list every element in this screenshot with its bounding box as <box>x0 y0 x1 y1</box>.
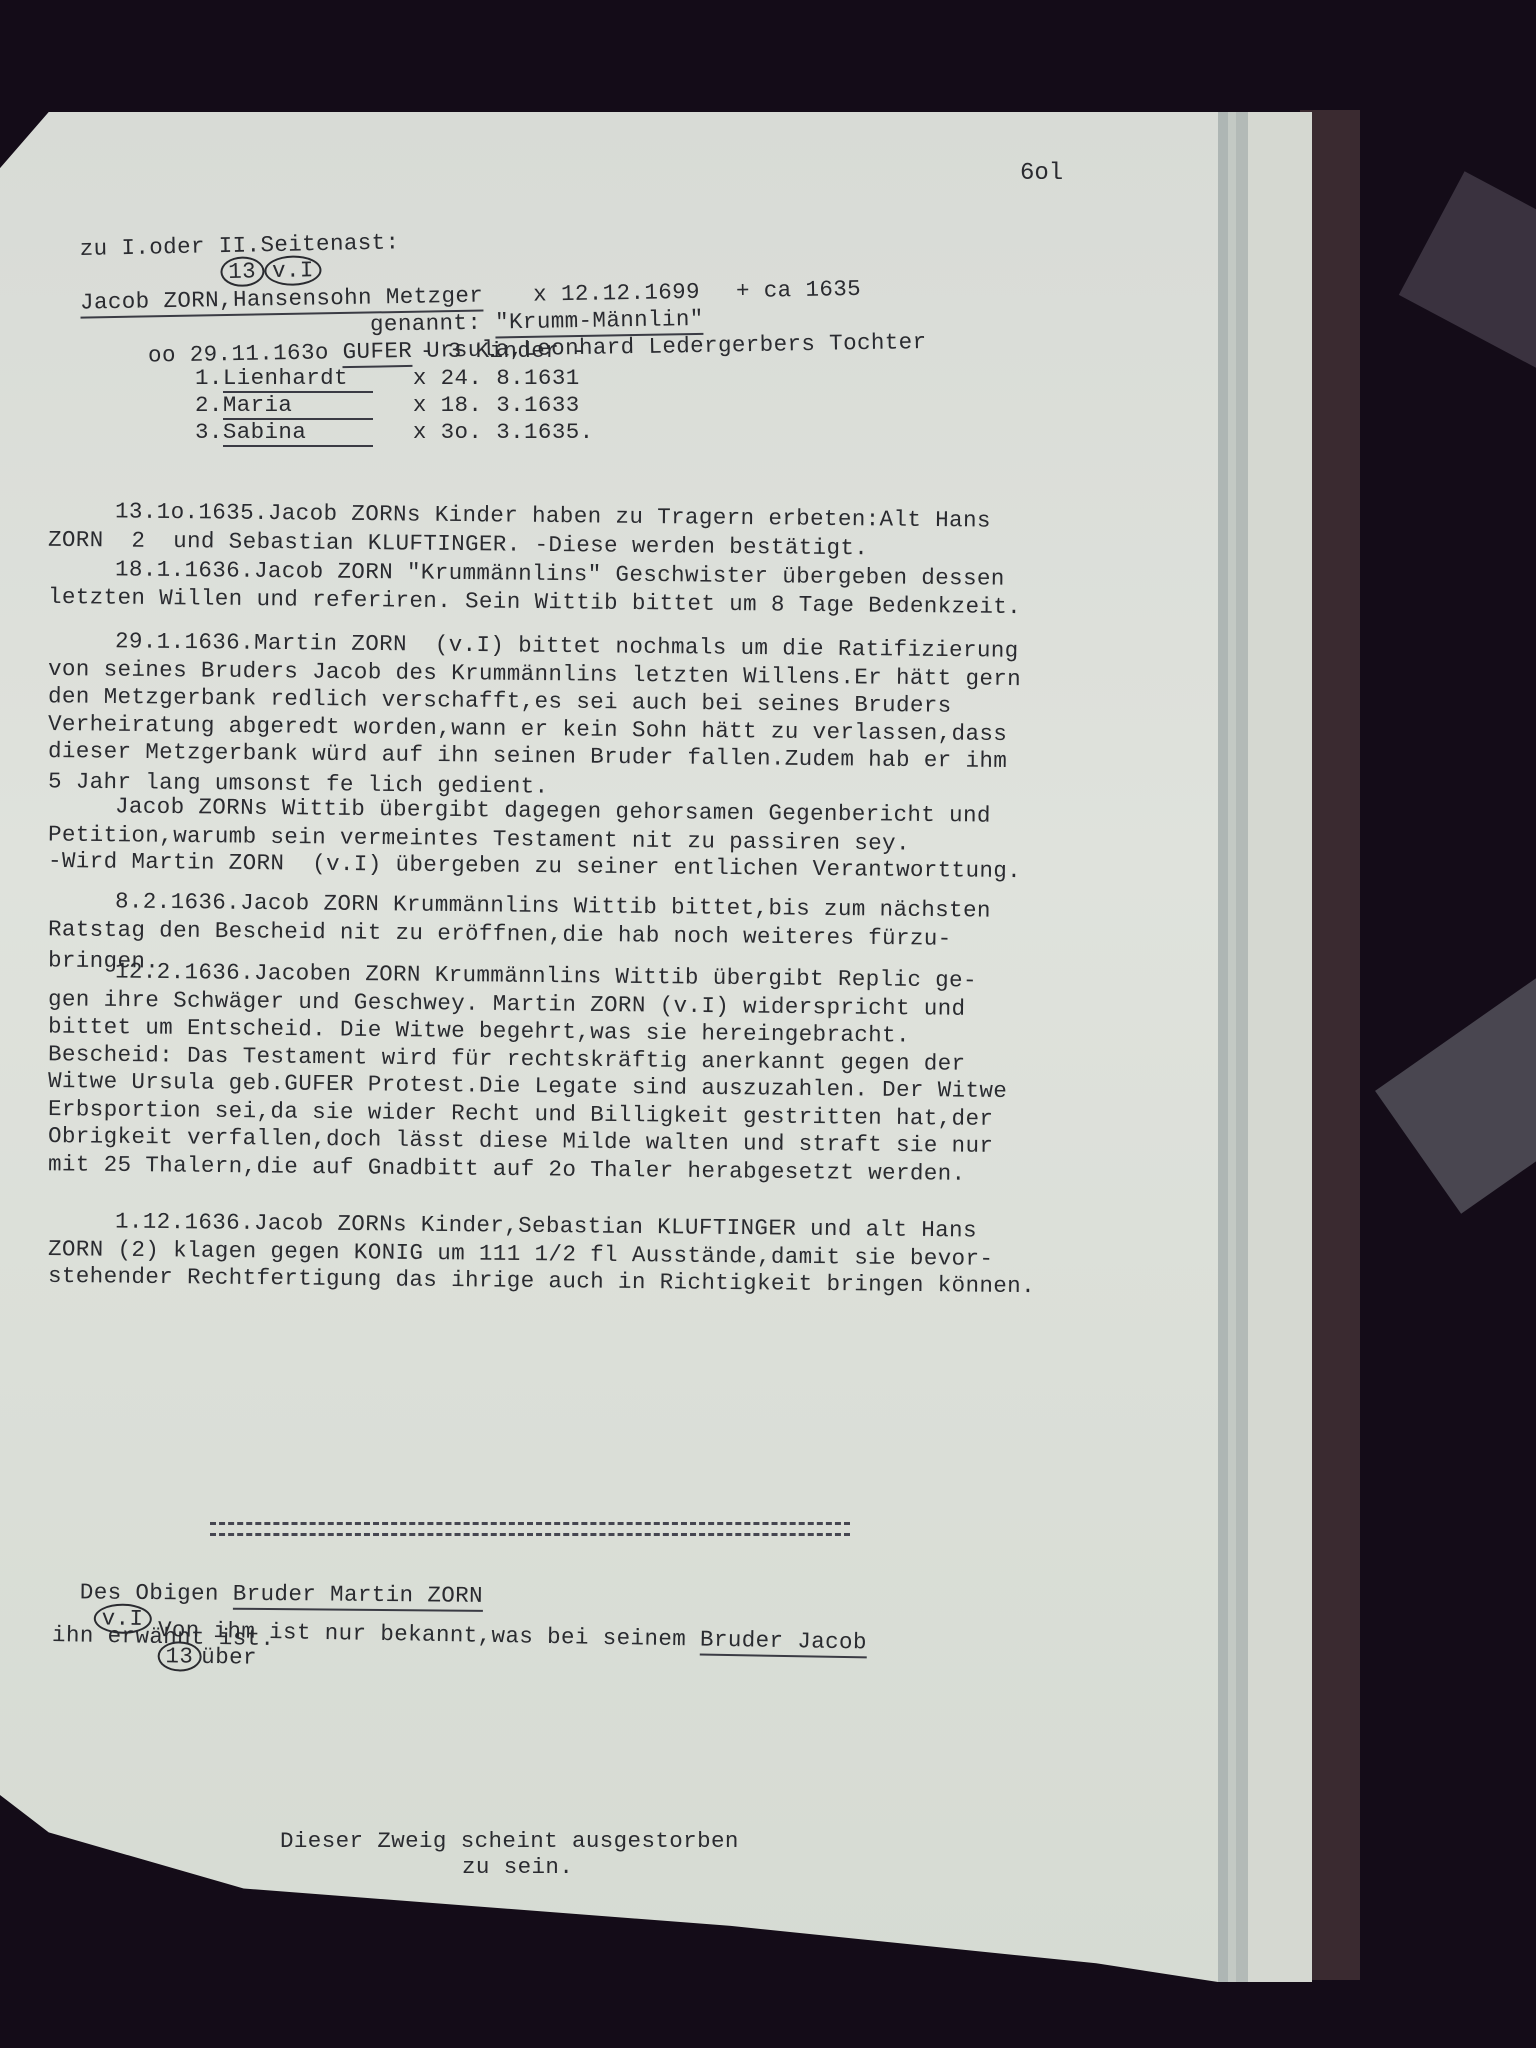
child-name: Sabina <box>223 421 373 447</box>
closing-line-1: Dieser Zweig scheint ausgestorben <box>280 1830 739 1853</box>
child-row: 2.Mariax 18. 3.1633 <box>195 394 580 420</box>
child-number: 2. <box>195 392 223 418</box>
closing-line-2: zu sein. <box>462 1856 573 1879</box>
background-strap <box>1375 976 1536 1214</box>
brother-text-line2: ihn erwähnt ist. <box>52 1624 275 1650</box>
brother-reference: Bruder Jacob <box>700 1626 867 1658</box>
child-number: 1. <box>195 365 223 391</box>
death-date: + ca 1635 <box>736 275 862 303</box>
child-baptism: x 18. 3.1633 <box>413 392 580 418</box>
child-row: 1.Lienhardtx 24. 8.1631 <box>195 367 580 393</box>
spouse-surname: GUFER <box>342 337 412 367</box>
child-baptism: x 3o. 3.1635. <box>413 419 594 445</box>
child-baptism: x 24. 8.1631 <box>413 365 580 391</box>
divider-line <box>210 1522 850 1536</box>
children-heading: - 3 Kinder - <box>420 340 587 363</box>
child-row: 3.Sabinax 3o. 3.1635. <box>195 421 594 447</box>
page-edges <box>1218 112 1312 1982</box>
marriage-date: oo 29.11.163o <box>148 339 343 368</box>
page-number: 6ol <box>1020 160 1063 187</box>
child-name: Lienhardt <box>223 367 373 393</box>
child-name: Maria <box>223 394 373 420</box>
child-number: 3. <box>195 419 223 445</box>
background-strap <box>1399 171 1536 389</box>
